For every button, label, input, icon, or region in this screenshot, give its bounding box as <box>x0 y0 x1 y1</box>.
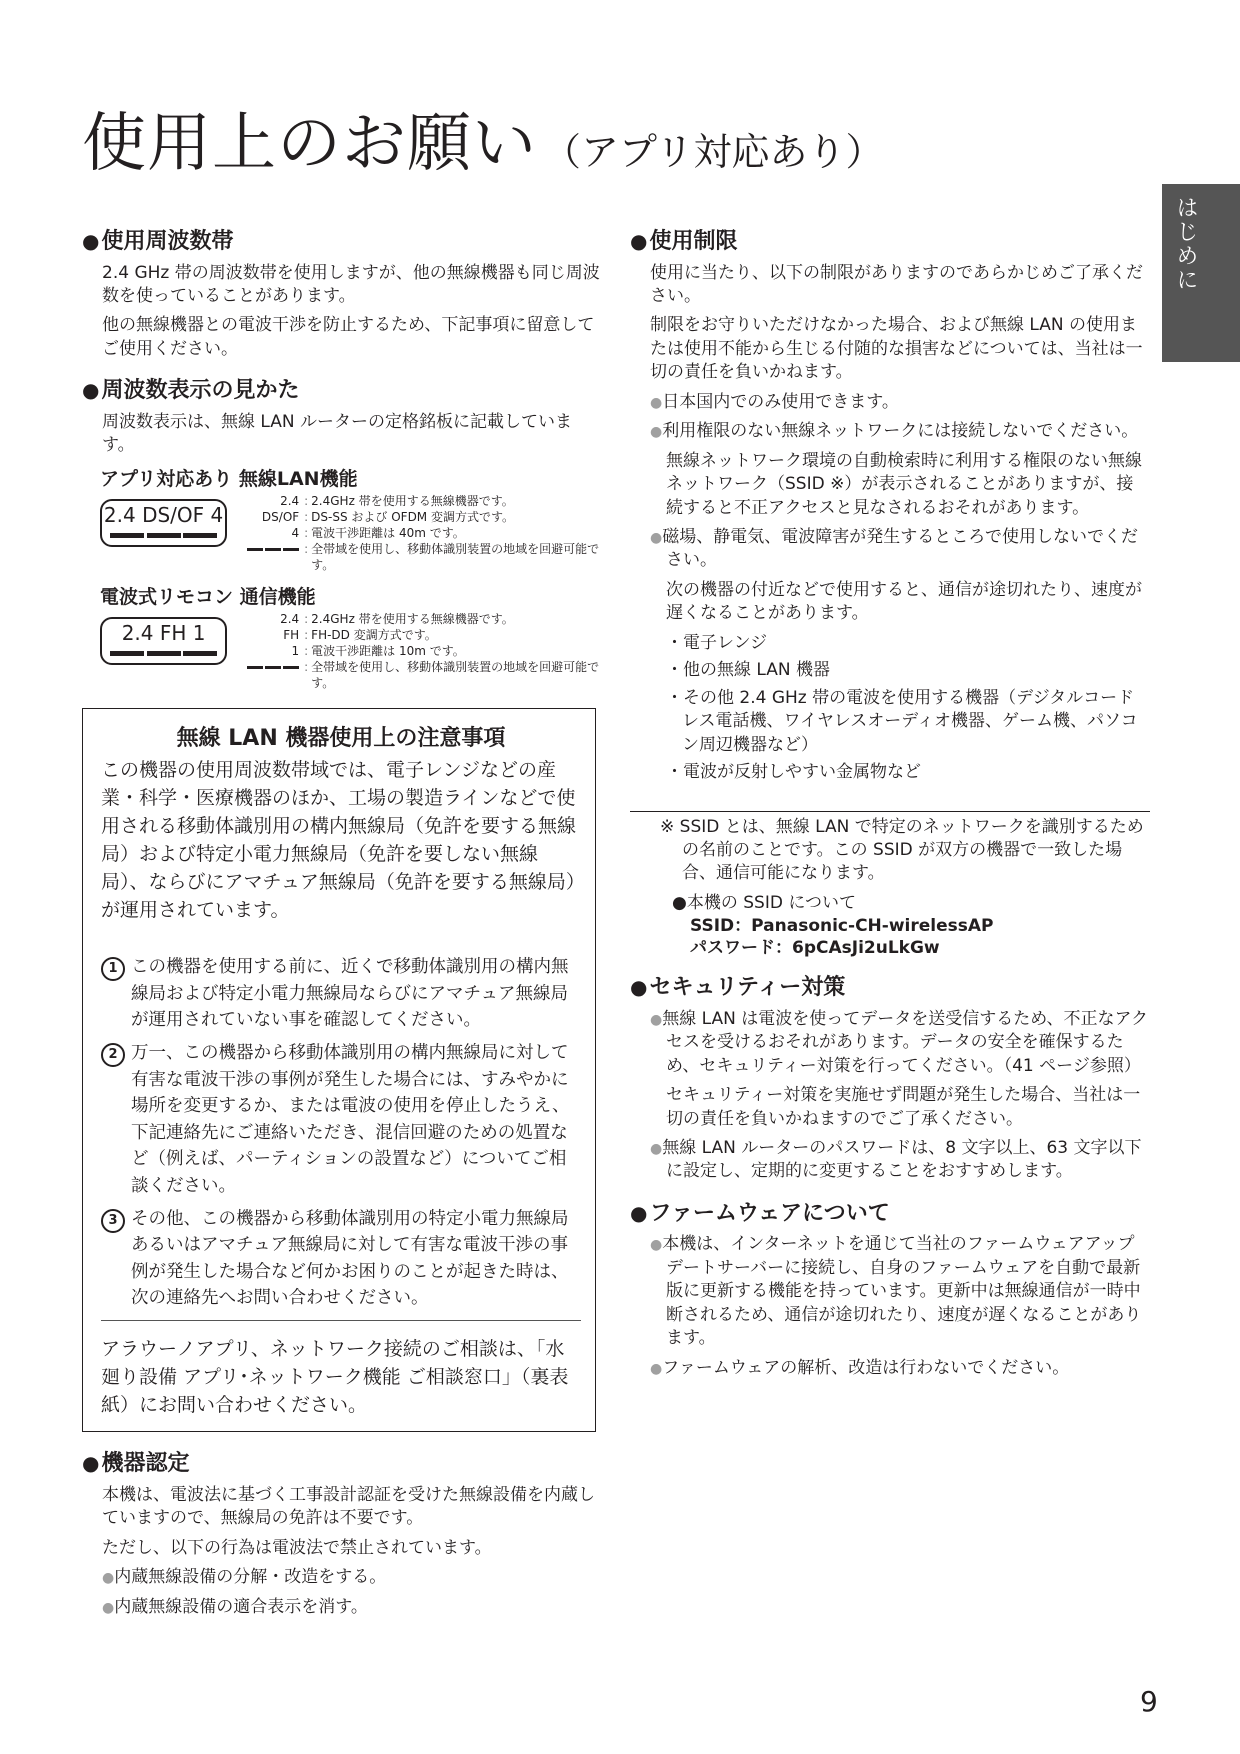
paragraph: 制限をお守りいただけなかった場合、および無線 LAN の使用または使用不能から生… <box>650 314 1150 384</box>
section-frequency-display: ●周波数表示の見かた 周波数表示は、無線 LAN ルーターの定格銘板に記載してい… <box>82 377 602 691</box>
device-item: ・その他 2.4 GHz 帯の電波を使用する機器（デジタルコードレス電話機、ワイ… <box>666 687 1150 757</box>
divider <box>101 1320 581 1321</box>
frequency-label-remote: 電波式リモコン 通信機能 2.4 FH 1 2.4:2.4GHz 帯を使用する無… <box>100 582 602 692</box>
list-item: ●磁場、静電気、電波障害が発生するところで使用しないでください。 <box>650 526 1150 573</box>
wlan-notice-box: 無線 LAN 機器使用上の注意事項 この機器の使用周波数帯域では、電子レンジなど… <box>82 708 596 1433</box>
chapter-tab-label: はじめに <box>1170 196 1201 292</box>
section-frequency-band: ●使用周波数帯 2.4 GHz 帯の周波数帯を使用しますが、他の無線機器も同じ周… <box>82 228 602 361</box>
band-bars-icon <box>110 533 217 538</box>
section-security: ●セキュリティー対策 ●無線 LAN は電波を使ってデータを送受信するため、不正… <box>630 974 1150 1184</box>
badge-legend: 2.4:2.4GHz 帯を使用する無線機器です。 FH:FH-DD 変調方式です… <box>237 611 602 692</box>
list-item: ●ファームウェアの解析、改造は行わないでください。 <box>650 1357 1150 1380</box>
device-item: ・電波が反射しやすい金属物など <box>666 761 1150 784</box>
ssid-footnote: ※ SSID とは、無線 LAN で特定のネットワークを識別するための名前のこと… <box>660 816 1150 886</box>
notice-item: 2 万一、この機器から移動体識別用の構内無線局に対して有害な電波干渉の事例が発生… <box>101 1040 581 1200</box>
list-item: ●無線 LAN は電波を使ってデータを送受信するため、不正なアクセスを受けるおそ… <box>650 1008 1150 1078</box>
section-heading: ●ファームウェアについて <box>630 1200 1150 1228</box>
badge-legend: 2.4:2.4GHz 帯を使用する無線機器です。 DS/OF:DS-SS および… <box>237 493 602 574</box>
bullet-icon: ● <box>630 1201 647 1225</box>
gray-bullet-icon: ● <box>650 1237 662 1253</box>
paragraph: ただし、以下の行為は電波法で禁止されています。 <box>102 1537 602 1560</box>
list-item: ●日本国内でのみ使用できます。 <box>650 391 1150 414</box>
contact-info: アラウーノアプリ、ネットワーク接続のご相談は、「水廻り設備 アプリ･ネットワーク… <box>101 1335 581 1419</box>
gray-bullet-icon: ● <box>650 424 662 440</box>
list-item: ●本機は、インターネットを通じて当社のファームウェアアップデートサーバーに接続し… <box>650 1233 1150 1350</box>
band-bars-icon <box>247 666 299 669</box>
page-title-sub: （アプリ対応あり） <box>543 130 883 174</box>
band-bars-icon <box>110 651 217 656</box>
device-item: ・他の無線 LAN 機器 <box>666 659 1150 682</box>
gray-bullet-icon: ● <box>650 1361 662 1377</box>
list-item: ●内蔵無線設備の適合表示を消す。 <box>102 1596 602 1619</box>
bullet-icon: ● <box>672 893 687 913</box>
section-firmware: ●ファームウェアについて ●本機は、インターネットを通じて当社のファームウェアア… <box>630 1200 1150 1380</box>
circled-number-icon: 2 <box>101 1043 125 1067</box>
section-heading: ●セキュリティー対策 <box>630 974 1150 1002</box>
left-column: ●使用周波数帯 2.4 GHz 帯の周波数帯を使用しますが、他の無線機器も同じ周… <box>82 228 602 1635</box>
device-ssid-info: ●本機の SSID について SSID：Panasonic-CH-wireles… <box>672 892 1150 960</box>
reference-mark-icon: ※ <box>660 817 674 837</box>
page-number: 9 <box>1140 1685 1158 1718</box>
bullet-icon: ● <box>82 378 99 402</box>
gray-bullet-icon: ● <box>102 1600 114 1616</box>
circled-number-icon: 1 <box>101 957 125 981</box>
band-bars-icon <box>247 548 299 551</box>
paragraph: 周波数表示は、無線 LAN ルーターの定格銘板に記載しています。 <box>102 411 602 458</box>
paragraph: 無線ネットワーク環境の自動検索時に利用する権限のない無線ネットワーク（SSID … <box>666 450 1150 520</box>
section-heading: ●周波数表示の見かた <box>82 377 602 405</box>
divider <box>630 811 1150 812</box>
notice-item: 1 この機器を使用する前に、近くで移動体識別用の構内無線局および特定小電力無線局… <box>101 954 581 1034</box>
paragraph: 2.4 GHz 帯の周波数帯を使用しますが、他の無線機器も同じ周波数を使っている… <box>102 262 602 309</box>
label-title: アプリ対応あり 無線LAN機能 <box>100 464 602 491</box>
frequency-badge: 2.4 DS/OF 4 <box>100 499 227 547</box>
device-item: ・電子レンジ <box>666 632 1150 655</box>
gray-bullet-icon: ● <box>650 530 662 546</box>
paragraph: 他の無線機器との電波干渉を防止するため、下記事項に留意してご使用ください。 <box>102 314 602 361</box>
bullet-icon: ● <box>630 975 647 999</box>
chapter-tab[interactable]: はじめに <box>1162 184 1240 362</box>
gray-bullet-icon: ● <box>102 1570 114 1586</box>
section-heading: ●使用周波数帯 <box>82 228 602 256</box>
notice-intro: この機器の使用周波数帯域では、電子レンジなどの産業・科学・医療機器のほか、工場の… <box>101 756 581 925</box>
ssid-value: SSID：Panasonic-CH-wirelessAP <box>690 915 1150 938</box>
list-item: ●無線 LAN ルーターのパスワードは、8 文字以上、63 文字以下に設定し、定… <box>650 1137 1150 1184</box>
frequency-badge: 2.4 FH 1 <box>100 617 227 665</box>
frequency-label-wlan: アプリ対応あり 無線LAN機能 2.4 DS/OF 4 2.4:2.4GHz 帯… <box>100 464 602 574</box>
section-restrictions: ●使用制限 使用に当たり、以下の制限がありますのであらかじめご了承ください。 制… <box>630 228 1150 785</box>
list-item: ●内蔵無線設備の分解・改造をする。 <box>102 1566 602 1589</box>
paragraph: 本機は、電波法に基づく工事設計認証を受けた無線設備を内蔵していますので、無線局の… <box>102 1484 602 1531</box>
gray-bullet-icon: ● <box>650 1141 662 1157</box>
paragraph: セキュリティー対策を実施せず問題が発生した場合、当社は一切の責任を負いかねますの… <box>666 1084 1150 1131</box>
circled-number-icon: 3 <box>101 1209 125 1233</box>
section-certification: ●機器認定 本機は、電波法に基づく工事設計認証を受けた無線設備を内蔵していますの… <box>82 1450 602 1619</box>
password-value: パスワード：6pCAsJi2uLkGw <box>690 937 1150 960</box>
list-item: ●利用権限のない無線ネットワークには接続しないでください。 <box>650 420 1150 443</box>
bullet-icon: ● <box>630 229 647 253</box>
paragraph: 次の機器の付近などで使用すると、通信が途切れたり、速度が遅くなることがあります。 <box>666 579 1150 626</box>
section-heading: ●機器認定 <box>82 1450 602 1478</box>
gray-bullet-icon: ● <box>650 1012 662 1028</box>
right-column: ●使用制限 使用に当たり、以下の制限がありますのであらかじめご了承ください。 制… <box>630 228 1150 1396</box>
page-title: 使用上のお願い（アプリ対応あり） <box>82 92 883 184</box>
label-title: 電波式リモコン 通信機能 <box>100 582 602 609</box>
paragraph: 使用に当たり、以下の制限がありますのであらかじめご了承ください。 <box>650 262 1150 309</box>
notice-title: 無線 LAN 機器使用上の注意事項 <box>101 721 581 752</box>
bullet-icon: ● <box>82 229 99 253</box>
page-title-main: 使用上のお願い <box>82 107 537 181</box>
bullet-icon: ● <box>82 1451 99 1475</box>
notice-item: 3 その他、この機器から移動体識別用の特定小電力無線局あるいはアマチュア無線局に… <box>101 1206 581 1312</box>
section-heading: ●使用制限 <box>630 228 1150 256</box>
gray-bullet-icon: ● <box>650 395 662 411</box>
